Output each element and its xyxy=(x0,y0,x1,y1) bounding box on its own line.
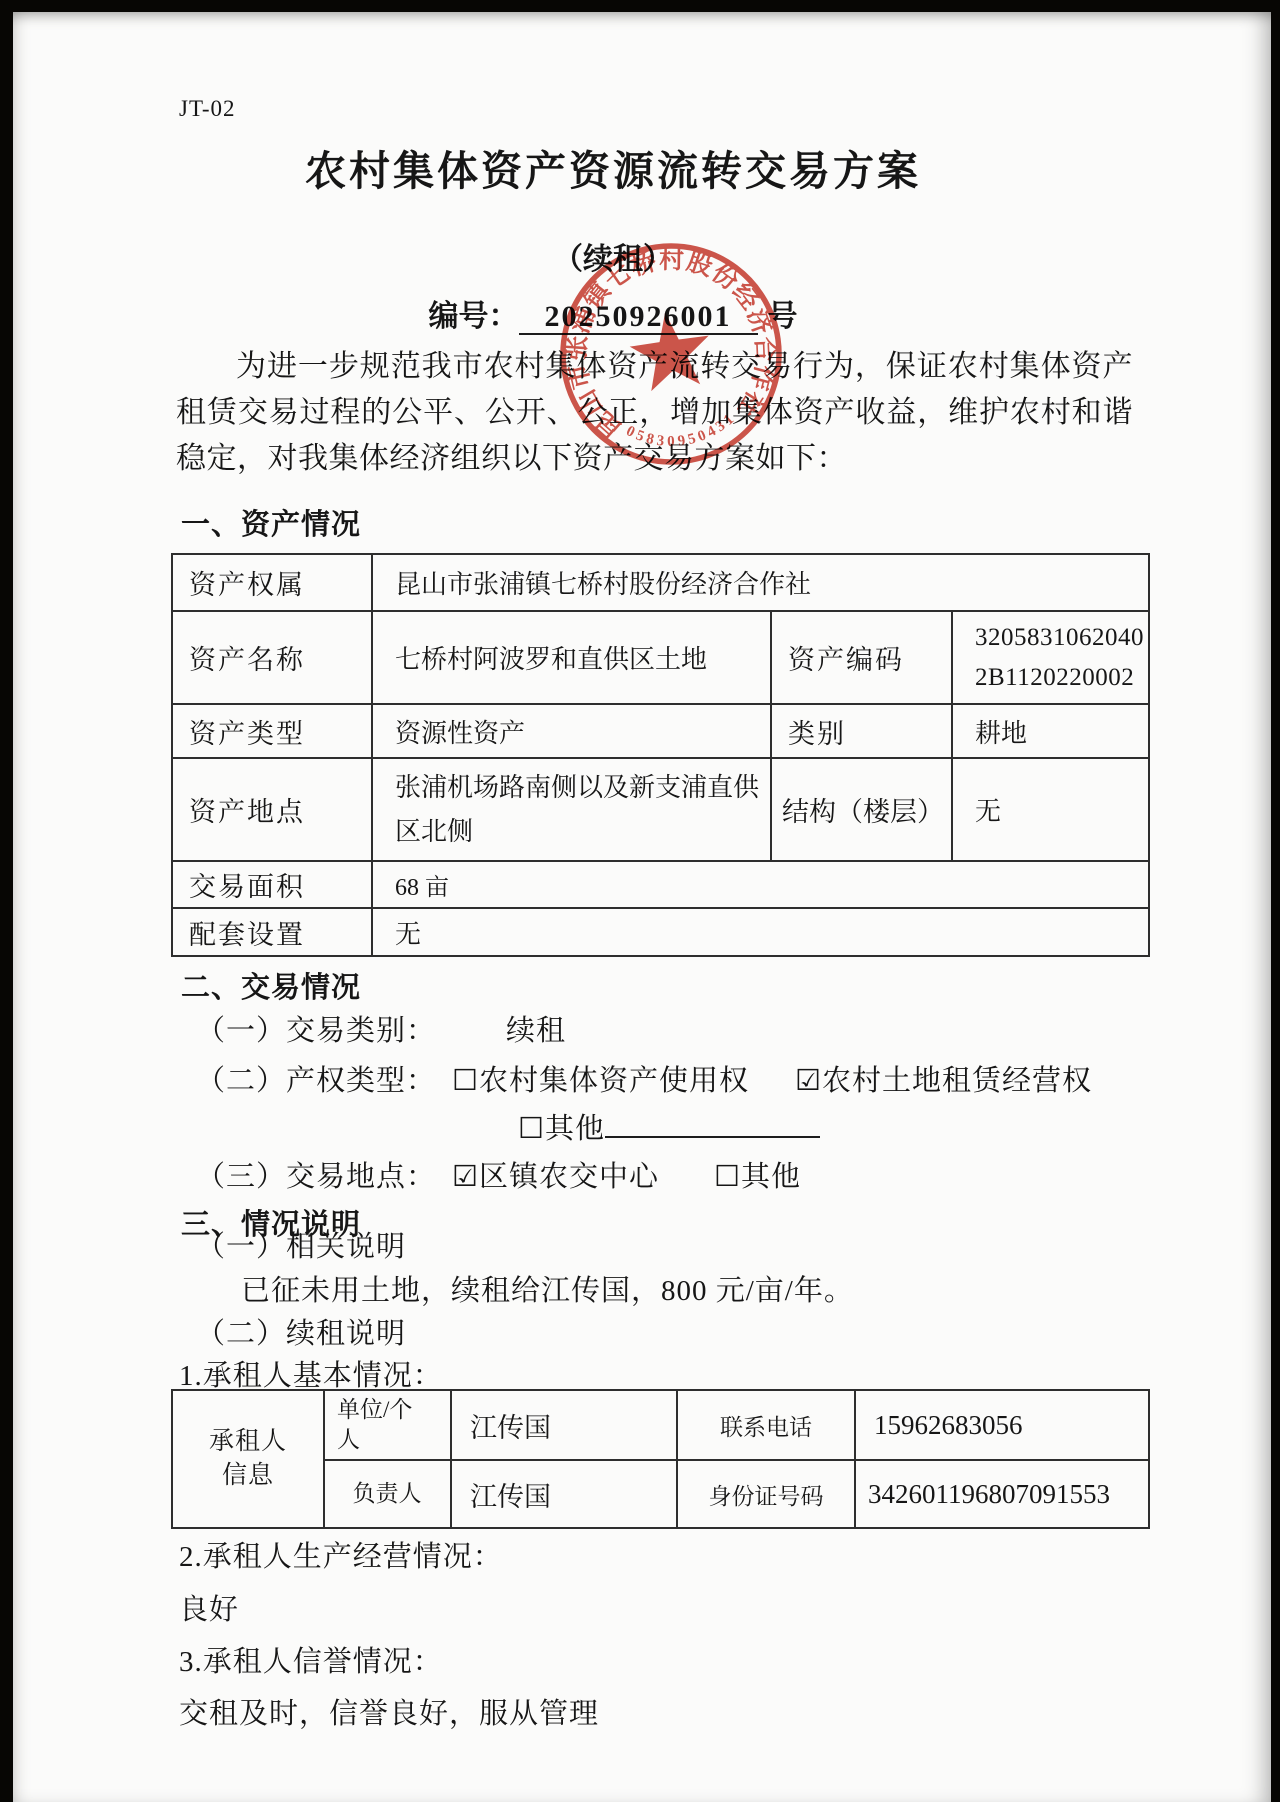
document-title: 农村集体资产资源流转交易方案 xyxy=(73,138,1153,197)
table-row: 资产地点 张浦机场路南侧以及新支浦直供区北侧 结构（楼层） 无 xyxy=(172,758,1149,861)
operation-heading: 2.承租人生产经营情况： xyxy=(179,1534,503,1575)
section-heading-assets: 一、资产情况 xyxy=(181,502,361,543)
lessee-id-value: 342601196807091553 xyxy=(855,1460,1149,1528)
lessee-manager-value: 江传国 xyxy=(451,1460,677,1528)
scanned-page: JT-02 农村集体资产资源流转交易方案 （续租） 编号：20250926001… xyxy=(13,12,1271,1802)
credit-heading: 3.承租人信誉情况： xyxy=(179,1639,443,1680)
property-right-other-label: 其他 xyxy=(545,1113,605,1145)
section-heading-transaction: 二、交易情况 xyxy=(181,965,361,1006)
asset-code-value: 3205831062040 2B1120220002 xyxy=(952,611,1149,704)
asset-table: 资产权属 昆山市张浦镇七桥村股份经济合作社 资产名称 七桥村阿波罗和直供区土地 … xyxy=(171,553,1150,957)
lessee-id-label: 身份证号码 xyxy=(677,1460,855,1528)
asset-code-label: 资产编码 xyxy=(771,611,952,704)
lessee-manager-label: 负责人 xyxy=(324,1460,451,1528)
table-row: 承租人 信息 单位/个 人 江传国 联系电话 15962683056 xyxy=(172,1390,1149,1460)
asset-type-label: 资产类型 xyxy=(172,704,372,758)
table-row: 资产类型 资源性资产 类别 耕地 xyxy=(172,704,1149,758)
lessee-phone-label: 联系电话 xyxy=(677,1390,855,1460)
notes-sub2-heading: （二）续租说明 xyxy=(196,1311,406,1352)
lessee-table: 承租人 信息 单位/个 人 江传国 联系电话 15962683056 负责人 江… xyxy=(171,1389,1150,1529)
asset-category-value: 耕地 xyxy=(952,704,1149,758)
asset-category-label: 类别 xyxy=(771,704,952,758)
table-row: 交易面积 68 亩 xyxy=(172,861,1149,908)
checkbox-unchecked-icon: ☐ xyxy=(714,1161,741,1193)
asset-type-value: 资源性资产 xyxy=(372,704,771,758)
property-right-other-line: ☐其他 xyxy=(518,1106,820,1147)
checkbox-checked-icon: ☑ xyxy=(452,1161,479,1193)
asset-facility-value: 无 xyxy=(372,908,1149,956)
lessee-phone-value: 15962683056 xyxy=(855,1390,1149,1460)
transaction-category-label: （一）交易类别： xyxy=(196,1015,436,1047)
asset-owner-value: 昆山市张浦镇七桥村股份经济合作社 xyxy=(372,554,1149,611)
asset-area-label: 交易面积 xyxy=(172,861,372,908)
asset-code-line2: 2B1120220002 xyxy=(975,658,1147,698)
lessee-group-label: 承租人 信息 xyxy=(172,1390,324,1528)
table-row: 配套设置 无 xyxy=(172,908,1149,956)
lessee-entity-label: 单位/个 人 xyxy=(324,1390,451,1460)
table-row: 资产权属 昆山市张浦镇七桥村股份经济合作社 xyxy=(172,554,1149,611)
asset-structure-label: 结构（楼层） xyxy=(771,758,952,861)
checkbox-checked-icon: ☑ xyxy=(795,1065,822,1097)
notes-sub1-text: 已征未用土地，续租给江传国，800 元/亩/年。 xyxy=(241,1268,854,1309)
asset-name-value: 七桥村阿波罗和直供区土地 xyxy=(372,611,771,704)
checkbox-unchecked-icon: ☐ xyxy=(452,1065,479,1097)
stamp-star-icon xyxy=(626,307,716,393)
asset-code-line1: 3205831062040 xyxy=(975,618,1147,658)
form-code: JT-02 xyxy=(179,96,236,122)
asset-location-value: 张浦机场路南侧以及新支浦直供区北侧 xyxy=(372,758,771,861)
lessee-heading: 1.承租人基本情况： xyxy=(179,1353,443,1394)
asset-facility-label: 配套设置 xyxy=(172,908,372,956)
transaction-venue-option2: 其他 xyxy=(741,1161,801,1193)
transaction-venue-label: （三）交易地点： xyxy=(196,1161,436,1193)
checkbox-unchecked-icon: ☐ xyxy=(518,1113,545,1145)
transaction-category-line: （一）交易类别：续租 xyxy=(196,1008,566,1049)
asset-location-label: 资产地点 xyxy=(172,758,372,861)
property-right-option1: 农村集体资产使用权 xyxy=(479,1065,749,1097)
table-row: 资产名称 七桥村阿波罗和直供区土地 资产编码 3205831062040 2B1… xyxy=(172,611,1149,704)
blank-underline xyxy=(605,1106,820,1138)
transaction-venue-option1: 区镇农交中心 xyxy=(479,1161,659,1193)
lessee-entity-value: 江传国 xyxy=(451,1390,677,1460)
asset-area-value: 68 亩 xyxy=(372,861,1149,908)
official-stamp: 昆山市张浦镇七桥村股份经济合作社 05830950431 xyxy=(532,215,810,493)
notes-sub1-heading: （一）相关说明 xyxy=(196,1224,406,1265)
document-number-label: 编号： xyxy=(429,300,519,333)
property-right-type-line: （二）产权类型：☐农村集体资产使用权☑农村土地租赁经营权 xyxy=(196,1058,1092,1099)
asset-owner-label: 资产权属 xyxy=(172,554,372,611)
transaction-venue-line: （三）交易地点：☑区镇农交中心☐其他 xyxy=(196,1154,801,1195)
asset-structure-value: 无 xyxy=(952,758,1149,861)
asset-name-label: 资产名称 xyxy=(172,611,372,704)
property-right-type-label: （二）产权类型： xyxy=(196,1065,436,1097)
operation-value: 良好 xyxy=(179,1587,239,1628)
credit-value: 交租及时，信誉良好，服从管理 xyxy=(179,1691,599,1732)
transaction-category-value: 续租 xyxy=(506,1015,566,1047)
property-right-option2: 农村土地租赁经营权 xyxy=(822,1065,1092,1097)
